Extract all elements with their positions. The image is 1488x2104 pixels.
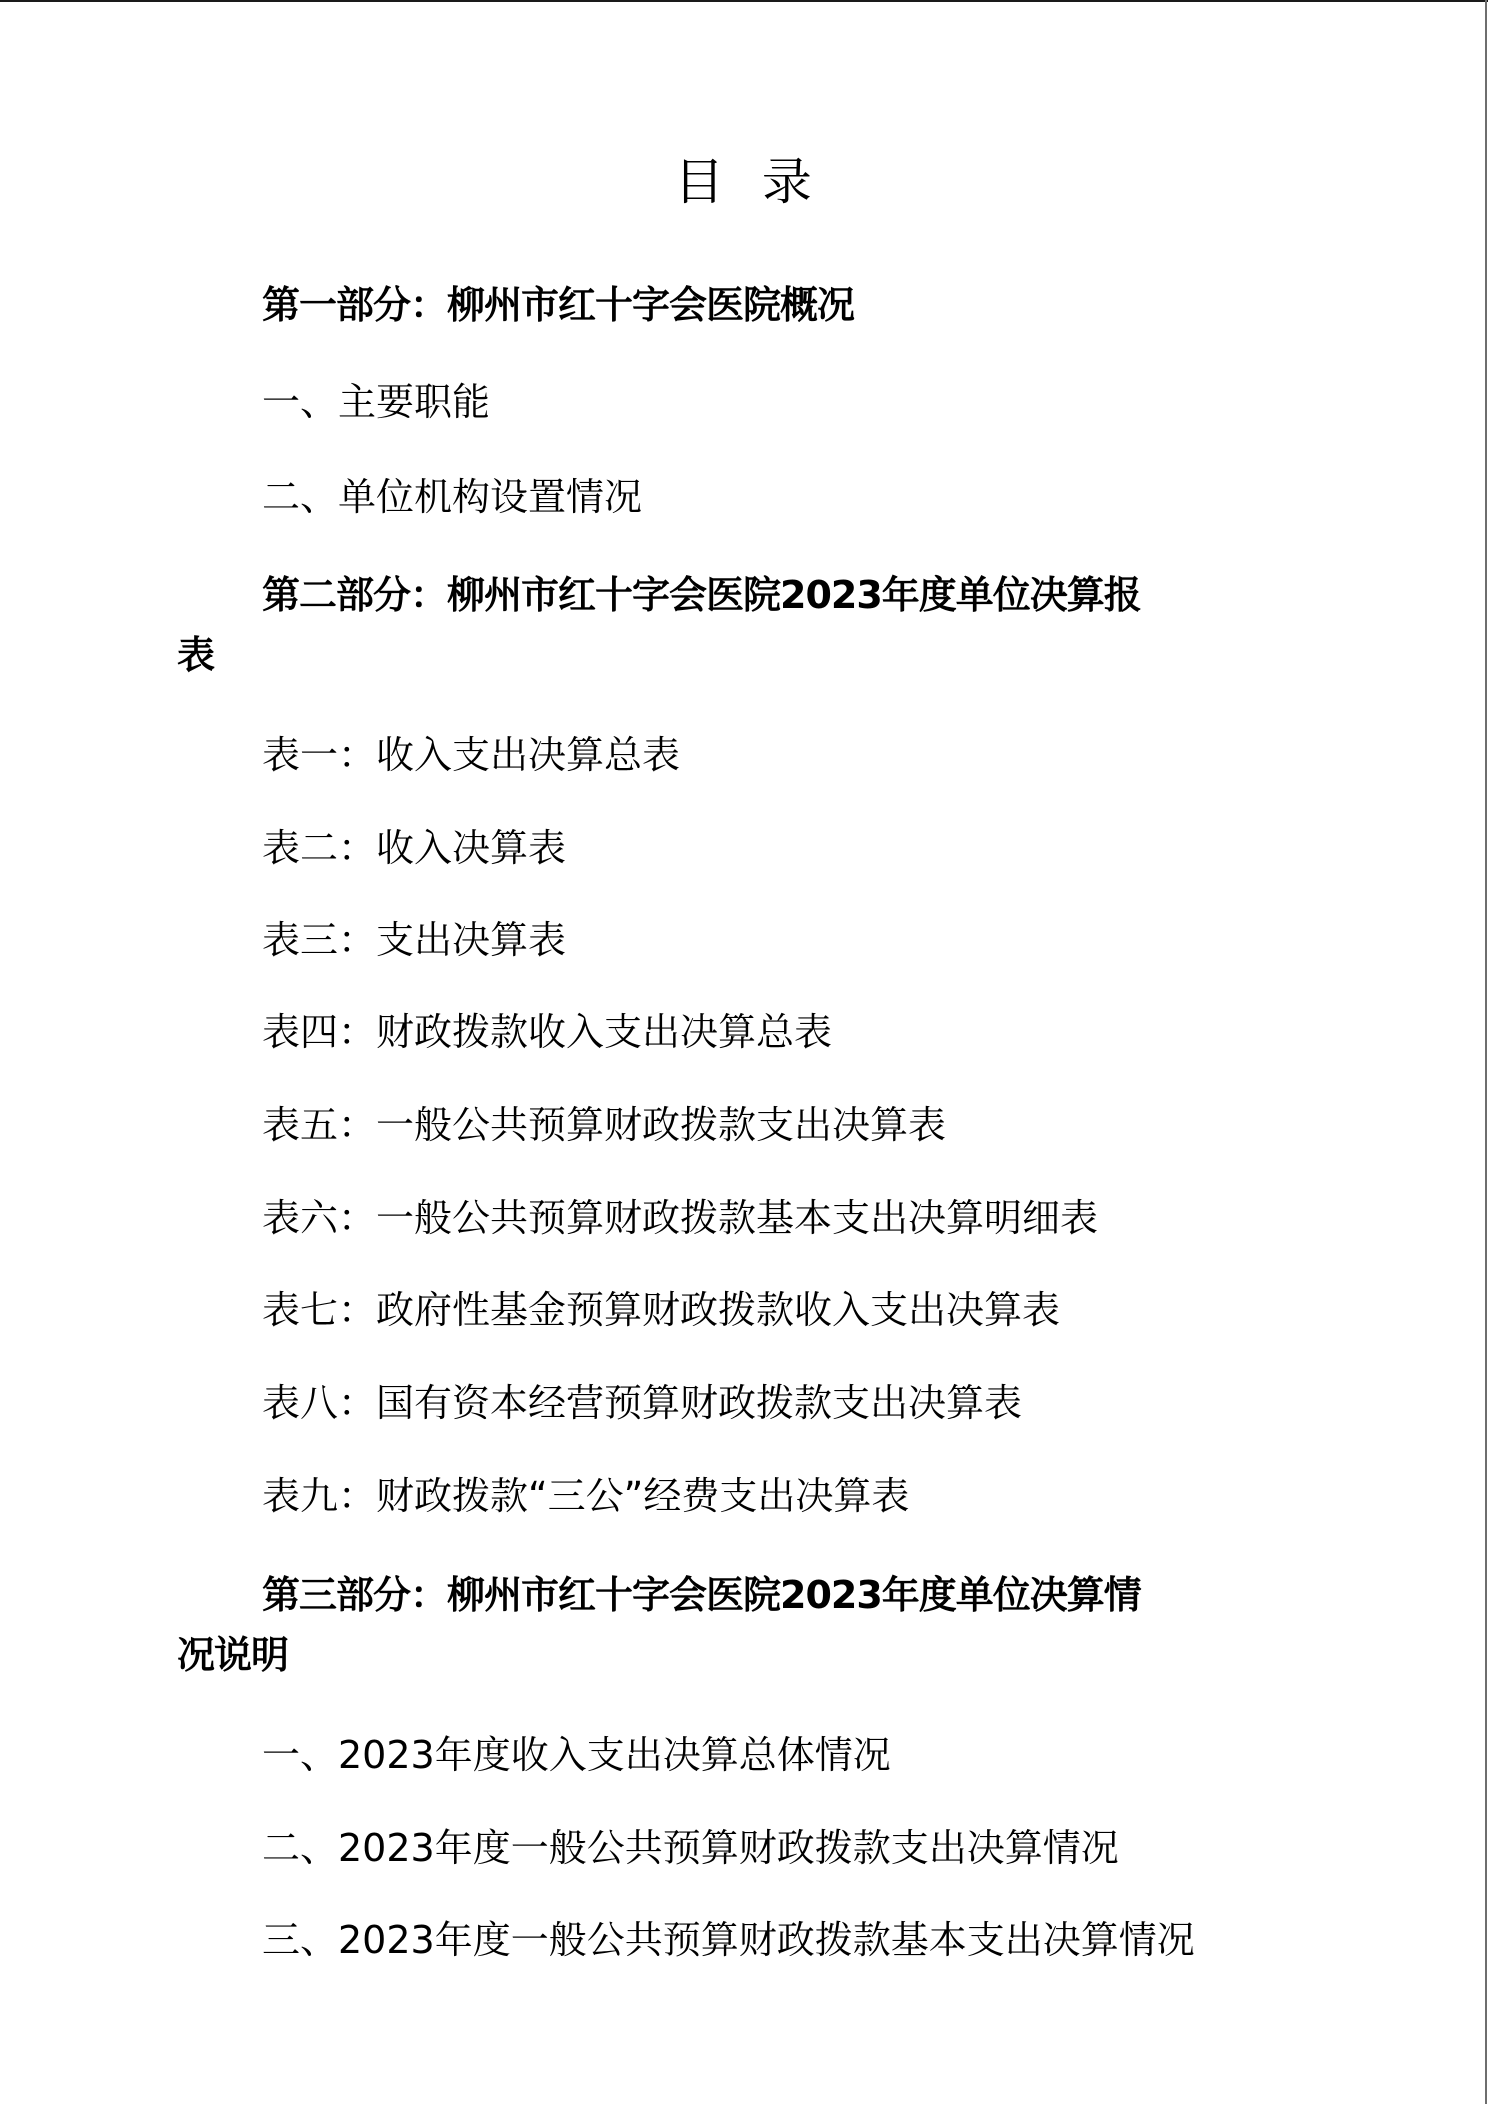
section-3-heading: 第三部分：柳州市红十字会医院2023年度单位决算情: [262, 1572, 1141, 1618]
toc-item: 表七：政府性基金预算财政拨款收入支出决算表: [262, 1287, 1060, 1333]
toc-item: 表九：财政拨款“三公”经费支出决算表: [262, 1473, 909, 1519]
toc-item: 三、2023年度一般公共预算财政拨款基本支出决算情况: [262, 1917, 1195, 1963]
section-3-heading-continued: 况说明: [177, 1632, 288, 1678]
toc-item: 表六：一般公共预算财政拨款基本支出决算明细表: [262, 1195, 1098, 1241]
section-2-heading-continued: 表: [177, 632, 214, 678]
toc-item: 表八：国有资本经营预算财政拨款支出决算表: [262, 1380, 1022, 1426]
toc-item: 表二：收入决算表: [262, 825, 566, 871]
toc-item: 表五：一般公共预算财政拨款支出决算表: [262, 1102, 946, 1148]
toc-item: 表三：支出决算表: [262, 917, 566, 963]
toc-item: 表一：收入支出决算总表: [262, 732, 680, 778]
toc-item: 一、2023年度收入支出决算总体情况: [262, 1732, 891, 1778]
toc-item: 二、2023年度一般公共预算财政拨款支出决算情况: [262, 1825, 1119, 1871]
toc-item: 一、主要职能: [262, 379, 490, 425]
page-top-border: [0, 0, 1488, 2]
page-right-border: [1485, 0, 1487, 2104]
section-1-heading: 第一部分：柳州市红十字会医院概况: [262, 282, 854, 328]
section-2-heading: 第二部分：柳州市红十字会医院2023年度单位决算报: [262, 572, 1141, 618]
toc-item: 二、单位机构设置情况: [262, 474, 642, 520]
toc-title: 目 录: [0, 150, 1488, 214]
toc-item: 表四：财政拨款收入支出决算总表: [262, 1009, 832, 1055]
